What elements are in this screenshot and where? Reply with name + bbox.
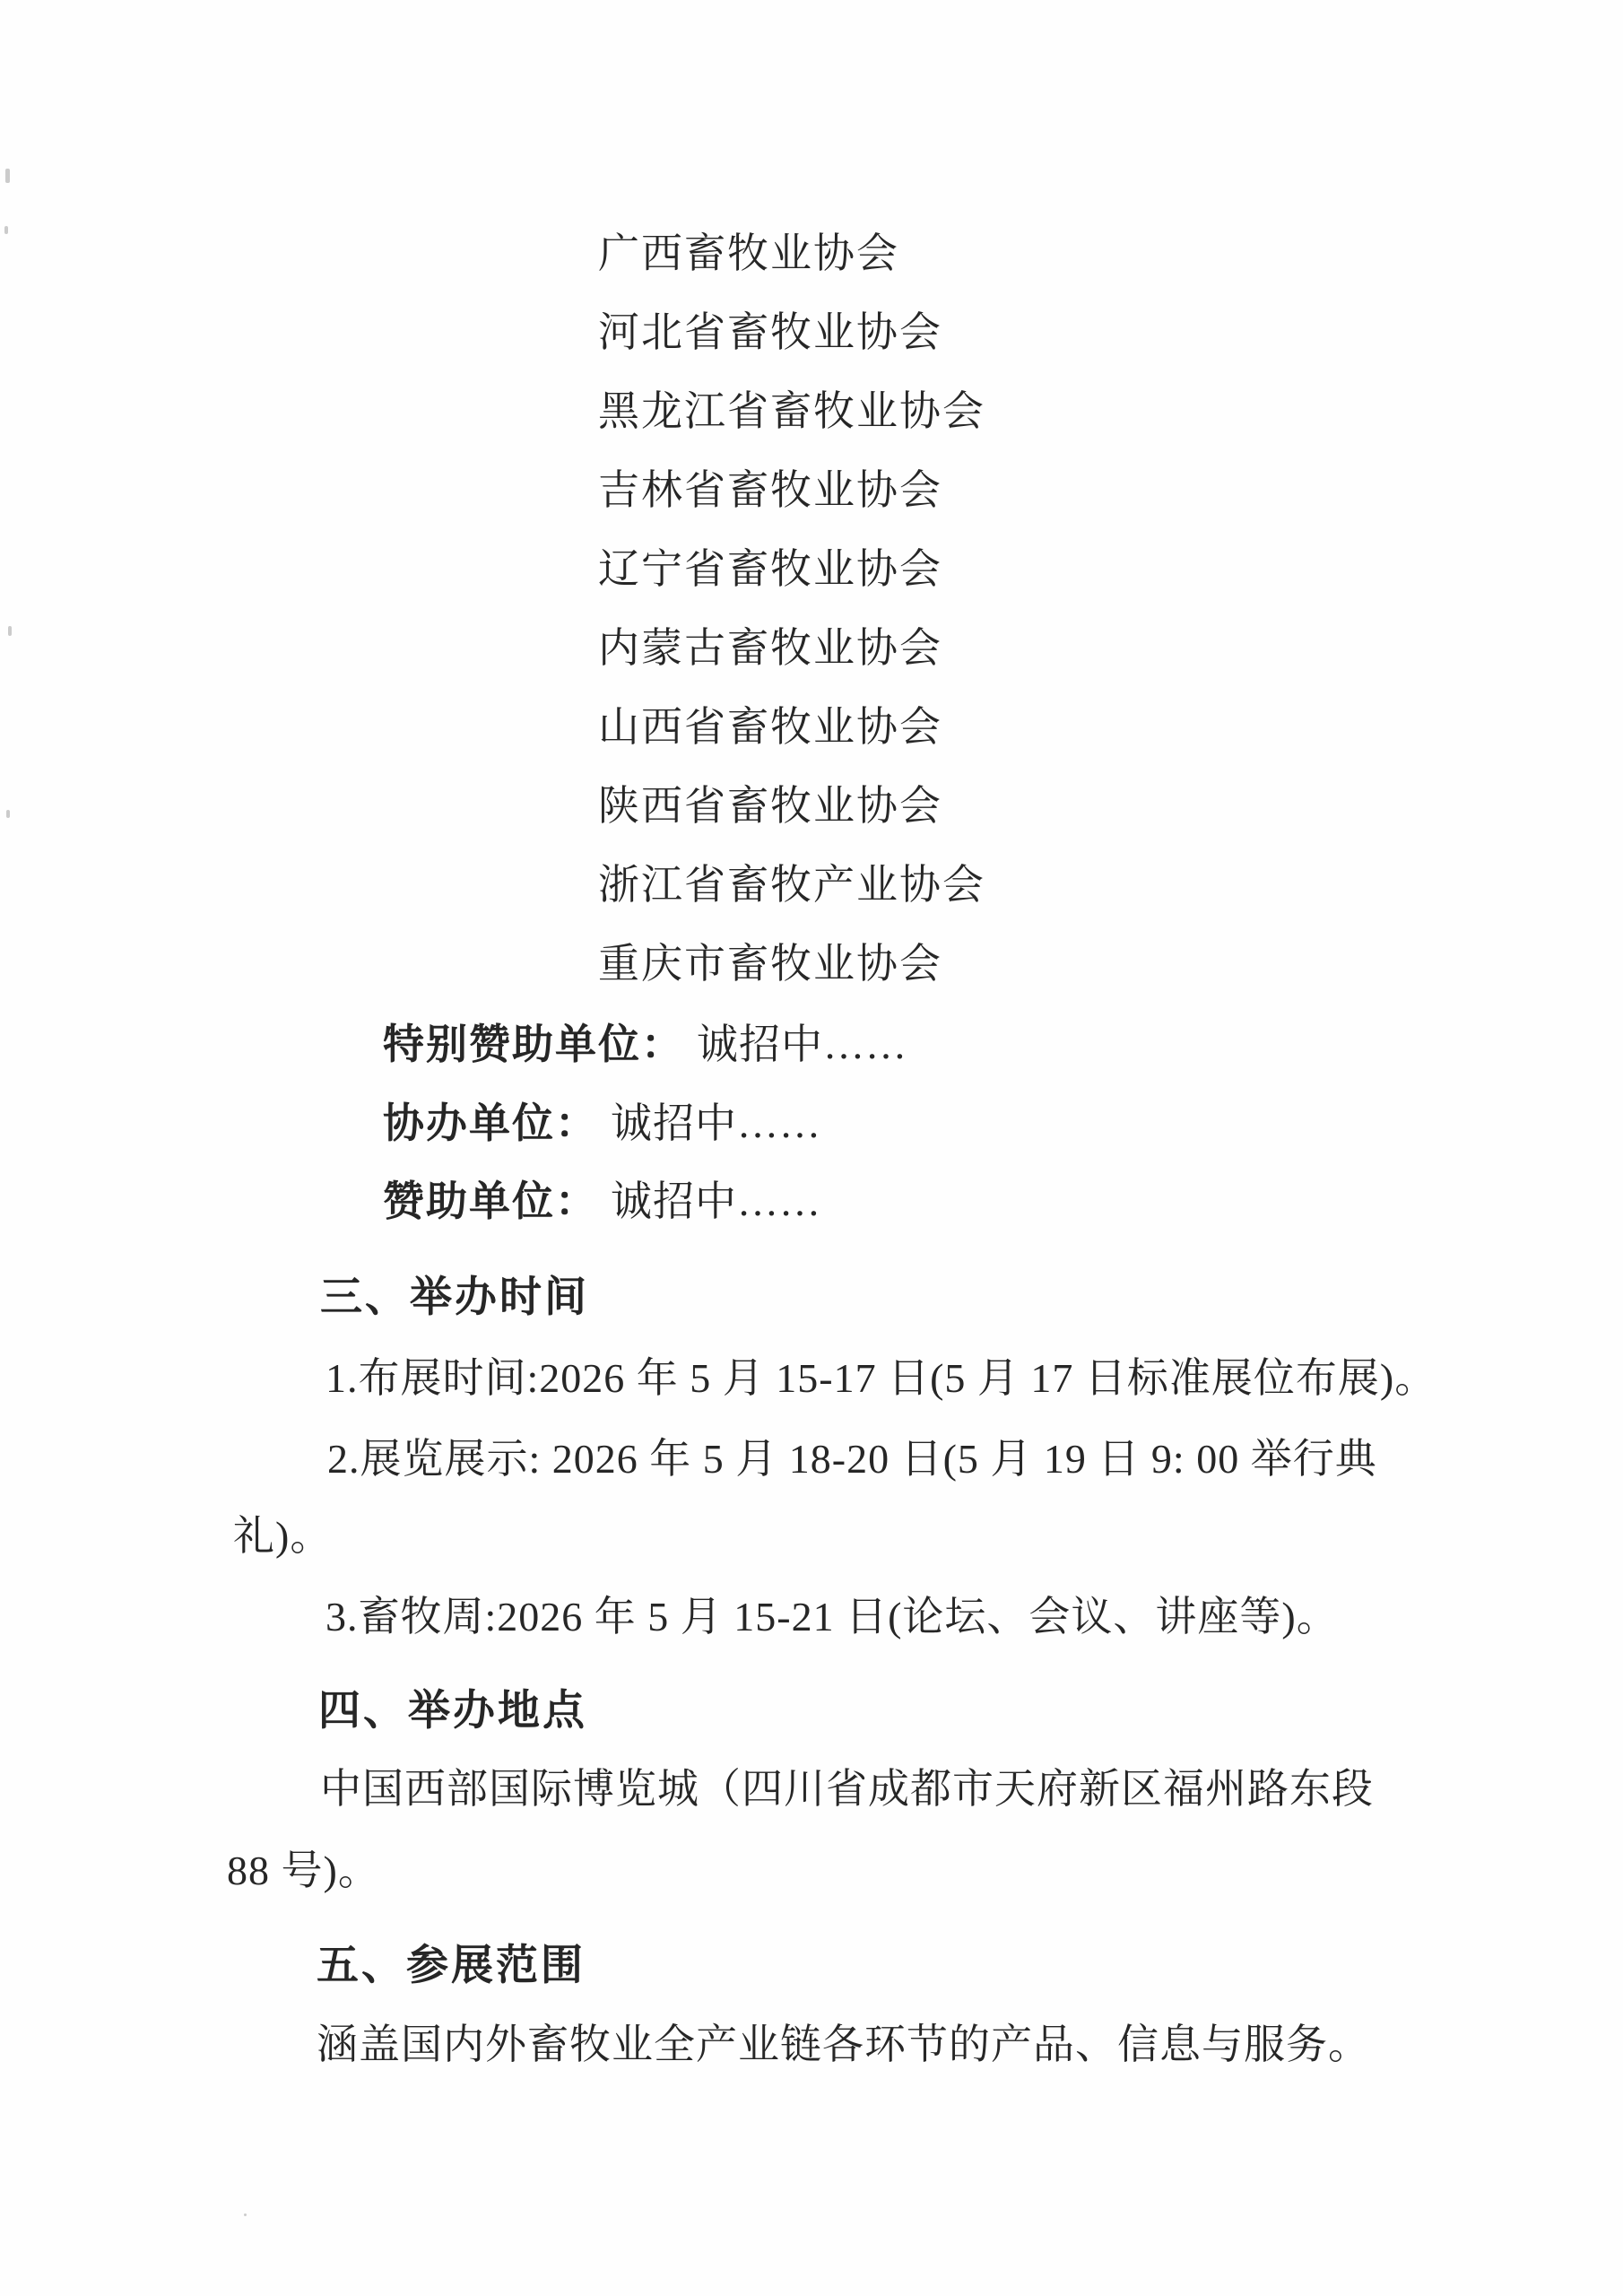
venue-address-line2: 88 号)。	[227, 1831, 380, 1910]
scan-speck	[6, 810, 10, 818]
scanned-document-page: 广西畜牧业协会 河北省畜牧业协会 黑龙江省畜牧业协会 吉林省畜牧业协会 辽宁省畜…	[0, 0, 1623, 2296]
special-sponsor-label: 特别赞助单位：	[383, 1022, 684, 1067]
scope-body-text: 涵盖国内外畜牧业全产业链各环节的产品、信息与服务。	[317, 2005, 1370, 2084]
supporting-units-list: 广西畜牧业协会 河北省畜牧业协会 黑龙江省畜牧业协会 吉林省畜牧业协会 辽宁省畜…	[598, 214, 985, 1004]
co-organizer-label: 协办单位：	[383, 1100, 598, 1146]
supporting-unit-item: 重庆市畜牧业协会	[598, 925, 985, 1004]
supporting-unit-item: 黑龙江省畜牧业协会	[598, 372, 985, 451]
special-sponsor-value: 诚招中……	[697, 1022, 907, 1067]
supporting-unit-item: 内蒙古畜牧业协会	[598, 609, 985, 688]
supporting-unit-item: 河北省畜牧业协会	[598, 293, 985, 372]
co-organizer-line: 协办单位：诚招中……	[383, 1084, 821, 1163]
livestock-week-item: 3.畜牧周:2026 年 5 月 15-21 日(论坛、会议、讲座等)。	[325, 1578, 1339, 1657]
section-heading-time: 三、举办时间	[320, 1258, 589, 1337]
exhibition-time-item-line2: 礼)。	[233, 1497, 332, 1576]
venue-address-line1: 中国西部国际博览城（四川省成都市天府新区福州路东段	[320, 1750, 1374, 1829]
scan-speck	[8, 626, 12, 636]
supporting-unit-item: 辽宁省畜牧业协会	[598, 530, 985, 609]
sponsor-value: 诚招中……	[611, 1178, 821, 1224]
supporting-unit-item: 广西畜牧业协会	[598, 214, 985, 293]
section-heading-venue: 四、举办地点	[318, 1672, 587, 1751]
sponsor-label: 赞助单位：	[383, 1178, 598, 1224]
scan-speck	[244, 2213, 247, 2216]
supporting-unit-item: 浙江省畜牧产业协会	[598, 846, 985, 925]
scan-speck	[5, 169, 10, 183]
supporting-unit-item: 吉林省畜牧业协会	[598, 451, 985, 530]
special-sponsor-line: 特别赞助单位：诚招中……	[383, 1005, 907, 1084]
co-organizer-value: 诚招中……	[611, 1100, 821, 1146]
supporting-unit-item: 陕西省畜牧业协会	[598, 767, 985, 846]
scan-speck	[4, 226, 8, 234]
setup-time-item: 1.布展时间:2026 年 5 月 15-17 日(5 月 17 日标准展位布展…	[325, 1339, 1436, 1418]
section-heading-scope: 五、参展范围	[317, 1926, 586, 2005]
supporting-unit-item: 山西省畜牧业协会	[598, 688, 985, 767]
sponsor-line: 赞助单位：诚招中……	[383, 1162, 821, 1241]
exhibition-time-item-line1: 2.展览展示: 2026 年 5 月 18-20 日(5 月 19 日 9: 0…	[327, 1420, 1377, 1499]
